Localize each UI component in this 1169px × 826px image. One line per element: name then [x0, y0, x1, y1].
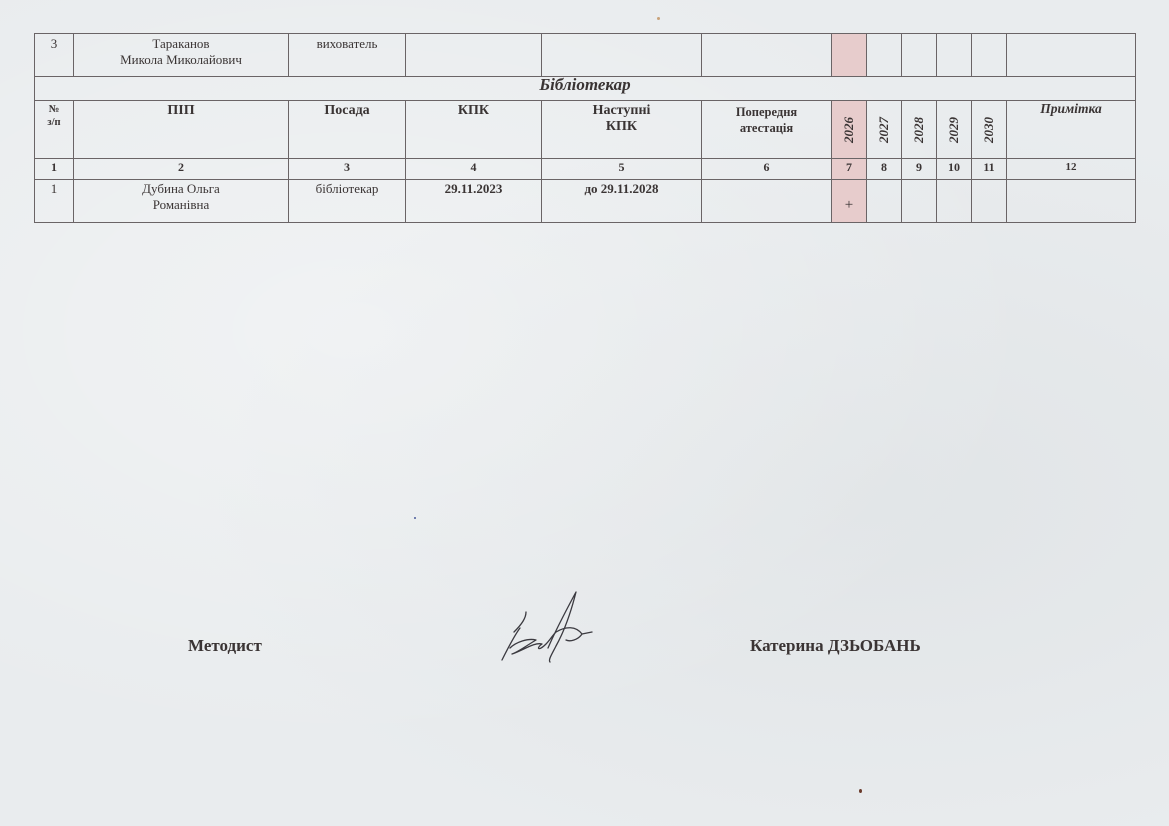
col-num: 8: [867, 159, 902, 180]
prev-attestation: [702, 180, 832, 223]
col-num: 5: [542, 159, 702, 180]
year-2029-cell: [937, 180, 972, 223]
header-next-kpk-line-2: КПК: [542, 119, 701, 135]
header-prev-attestation: Попередня атестація: [702, 101, 832, 159]
year-2027-cell: [867, 34, 902, 77]
column-numbers-row: 1 2 3 4 5 6 7 8 9 10 11 12: [35, 159, 1136, 180]
position: бібліотекар: [289, 180, 406, 223]
position: вихователь: [289, 34, 406, 77]
year-2030-cell: [972, 180, 1007, 223]
section-row: Бібліотекар: [35, 77, 1136, 101]
paper-speck: [414, 517, 416, 519]
attestation-table: 3 Тараканов Микола Миколайович виховател…: [34, 33, 1136, 223]
header-year-2028: 2028: [902, 101, 937, 159]
col-num: 1: [35, 159, 74, 180]
note: [1007, 180, 1136, 223]
year-2027-cell: [867, 180, 902, 223]
paper-speck: [859, 789, 862, 793]
signature-icon: [496, 588, 596, 668]
year-2026-cell: [832, 34, 867, 77]
header-prev-att-line-2: атестація: [702, 120, 831, 136]
col-num: 12: [1007, 159, 1136, 180]
col-num: 3: [289, 159, 406, 180]
row-number: 3: [35, 34, 74, 77]
note: [1007, 34, 1136, 77]
year-label: 2028: [911, 117, 927, 143]
header-note: Примітка: [1007, 101, 1136, 159]
header-next-kpk: Наступні КПК: [542, 101, 702, 159]
header-name: ПІП: [74, 101, 289, 159]
prev-attestation: [702, 34, 832, 77]
col-num: 4: [406, 159, 542, 180]
header-kpk: КПК: [406, 101, 542, 159]
header-year-2026: 2026: [832, 101, 867, 159]
year-2029-cell: [937, 34, 972, 77]
next-kpk: [542, 34, 702, 77]
year-2028-cell: [902, 34, 937, 77]
name-line-1: Дубина Ольга: [74, 181, 288, 197]
header-number-line-2: з/п: [35, 116, 73, 129]
header-year-2027: 2027: [867, 101, 902, 159]
year-label: 2027: [876, 117, 892, 143]
year-label: 2030: [981, 117, 997, 143]
header-year-2030: 2030: [972, 101, 1007, 159]
signer-role: Методист: [188, 636, 262, 656]
header-number: № з/п: [35, 101, 74, 159]
table-row: 3 Тараканов Микола Миколайович виховател…: [35, 34, 1136, 77]
kpk: [406, 34, 542, 77]
year-label: 2026: [841, 117, 857, 143]
full-name: Дубина Ольга Романівна: [74, 180, 289, 223]
col-num: 10: [937, 159, 972, 180]
paper-speck: [657, 17, 660, 20]
section-title: Бібліотекар: [35, 77, 1136, 101]
header-number-line-1: №: [35, 103, 73, 116]
kpk-date: 29.11.2023: [406, 180, 542, 223]
header-prev-att-line-1: Попередня: [702, 104, 831, 120]
header-year-2029: 2029: [937, 101, 972, 159]
full-name: Тараканов Микола Миколайович: [74, 34, 289, 77]
name-line-2: Микола Миколайович: [74, 52, 288, 68]
col-num: 7: [832, 159, 867, 180]
col-num: 2: [74, 159, 289, 180]
col-num: 6: [702, 159, 832, 180]
header-next-kpk-line-1: Наступні: [542, 103, 701, 119]
year-2028-cell: [902, 180, 937, 223]
name-line-2: Романівна: [74, 197, 288, 213]
row-number: 1: [35, 180, 74, 223]
table-row: 1 Дубина Ольга Романівна бібліотекар 29.…: [35, 180, 1136, 223]
year-2030-cell: [972, 34, 1007, 77]
col-num: 9: [902, 159, 937, 180]
header-position: Посада: [289, 101, 406, 159]
year-label: 2029: [946, 117, 962, 143]
next-kpk-date: до 29.11.2028: [542, 180, 702, 223]
signer-name: Катерина ДЗЬОБАНЬ: [750, 636, 921, 656]
name-line-1: Тараканов: [74, 36, 288, 52]
year-2026-cell: +: [832, 180, 867, 223]
col-num: 11: [972, 159, 1007, 180]
header-row: № з/п ПІП Посада КПК Наступні КПК Попере…: [35, 101, 1136, 159]
